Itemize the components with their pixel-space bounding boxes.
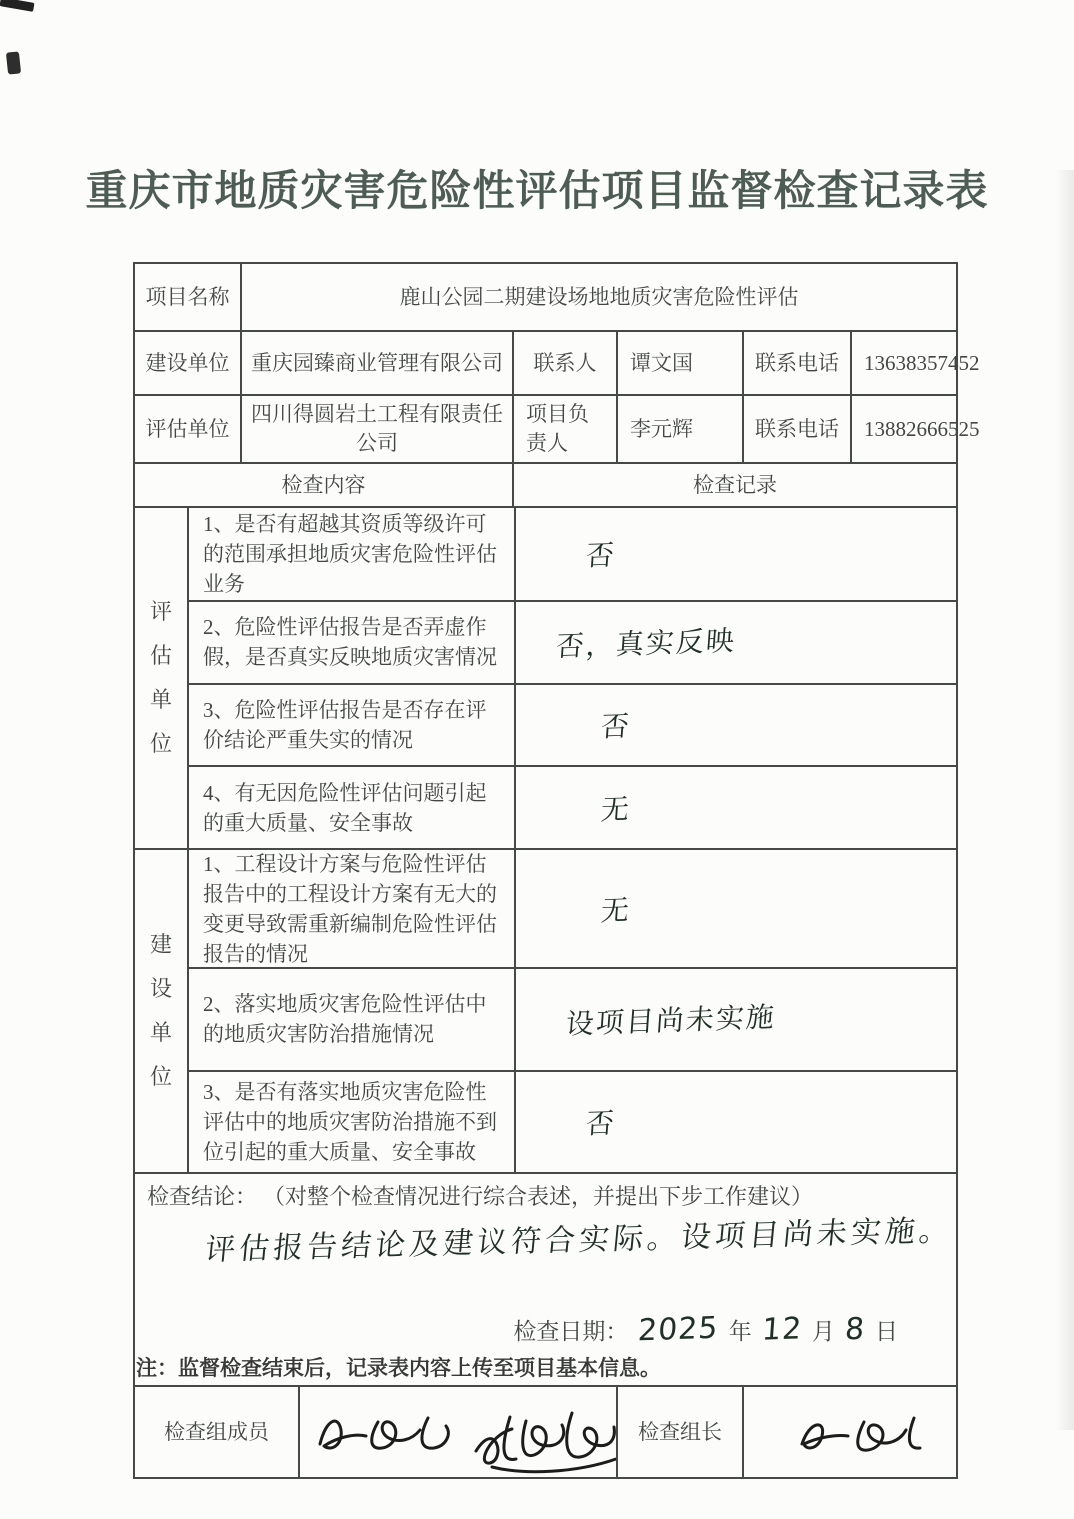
handwritten-month: 12 [761, 1314, 803, 1345]
answer-cell: 否 [514, 1072, 956, 1173]
inspection-date-line: 检查日期： 2025 年 12 月 8 日 [513, 1315, 898, 1347]
member-signature-2-icon [464, 1401, 624, 1473]
question-text: 3、危险性评估报告是否存在评价结论严重失实的情况 [189, 685, 514, 766]
question-text: 3、是否有落实地质灾害危险性评估中的地质灾害防治措施不到位引起的重大质量、安全事… [189, 1072, 514, 1173]
answer-cell: 无 [514, 850, 956, 967]
signature-row: 检查组成员 检查组长 [135, 1387, 956, 1477]
assessment-item-1: 1、是否有超越其资质等级许可的范围承担地质灾害危险性评估业务 否 [189, 508, 956, 602]
manager-label: 项目负责人 [512, 396, 616, 462]
question-text: 2、危险性评估报告是否弄虚作假，是否真实反映地质灾害情况 [189, 602, 514, 683]
construction-item-3: 3、是否有落实地质灾害危险性评估中的地质灾害防治措施不到位引起的重大质量、安全事… [189, 1072, 956, 1173]
assessment-item-4: 4、有无因危险性评估问题引起的重大质量、安全事故 无 [189, 767, 956, 848]
scan-artifact [6, 51, 21, 74]
assessment-group-label: 评估单位 [135, 508, 187, 848]
handwritten-answer: 无 [600, 888, 633, 929]
answer-cell: 否 [514, 508, 956, 600]
day-suffix: 日 [875, 1317, 898, 1347]
project-name-row: 项目名称 鹿山公园二期建设场地地质灾害危险性评估 [135, 264, 956, 332]
construction-item-2: 2、落实地质灾害危险性评估中的地质灾害防治措施情况 设项目尚未实施 [189, 969, 956, 1072]
handwritten-conclusion: 评估报告结论及建议符合实际。设项目尚未实施。 [204, 1216, 955, 1266]
handwritten-answer: 无 [600, 787, 633, 828]
construction-checklist-group: 建设单位 1、工程设计方案与危险性评估报告中的工程设计方案有无大的变更导致需重新… [135, 850, 956, 1174]
handwritten-answer: 设项目尚未实施 [565, 996, 778, 1043]
checklist-header-row: 检查内容 检查记录 [135, 464, 956, 508]
contact-name: 谭文国 [616, 332, 742, 394]
question-text: 1、工程设计方案与危险性评估报告中的工程设计方案有无大的变更导致需重新编制危险性… [189, 850, 514, 967]
handwritten-year: 2025 [637, 1314, 719, 1347]
record-header: 检查记录 [512, 464, 956, 506]
project-name-value: 鹿山公园二期建设场地地质灾害危险性评估 [240, 264, 956, 330]
handwritten-answer: 否 [600, 704, 633, 745]
manager-name: 李元辉 [616, 396, 742, 462]
assessment-unit-label: 评估单位 [135, 396, 240, 462]
assessment-checklist-group: 评估单位 1、是否有超越其资质等级许可的范围承担地质灾害危险性评估业务 否 2、… [135, 508, 956, 850]
members-label: 检查组成员 [135, 1387, 298, 1477]
phone-label-1: 联系电话 [742, 332, 850, 394]
content-header: 检查内容 [135, 464, 512, 506]
construction-item-1: 1、工程设计方案与危险性评估报告中的工程设计方案有无大的变更导致需重新编制危险性… [189, 850, 956, 969]
phone-label-2: 联系电话 [742, 396, 850, 462]
handwritten-answer: 否 [585, 533, 618, 574]
contact-label: 联系人 [512, 332, 616, 394]
assessment-item-3: 3、危险性评估报告是否存在评价结论严重失实的情况 否 [189, 685, 956, 768]
question-text: 2、落实地质灾害危险性评估中的地质灾害防治措施情况 [189, 969, 514, 1070]
question-text: 4、有无因危险性评估问题引起的重大质量、安全事故 [189, 767, 514, 848]
leader-label: 检查组长 [616, 1387, 742, 1477]
date-label: 检查日期： [513, 1317, 628, 1347]
inspection-record-table: 项目名称 鹿山公园二期建设场地地质灾害危险性评估 建设单位 重庆园臻商业管理有限… [133, 262, 958, 1479]
handwritten-answer: 否，真实反映 [555, 619, 738, 665]
conclusion-label: 检查结论： [147, 1182, 257, 1212]
construction-unit-value: 重庆园臻商业管理有限公司 [240, 332, 512, 394]
members-signature-cell [298, 1387, 616, 1477]
construction-unit-row: 建设单位 重庆园臻商业管理有限公司 联系人 谭文国 联系电话 136383574… [135, 332, 956, 396]
assessment-unit-row: 评估单位 四川得圆岩土工程有限责任公司 项目负责人 李元辉 联系电话 13882… [135, 396, 956, 464]
answer-cell: 设项目尚未实施 [514, 969, 956, 1070]
assessment-unit-value: 四川得圆岩土工程有限责任公司 [240, 396, 512, 462]
scan-artifact [0, 0, 35, 12]
form-title: 重庆市地质灾害危险性评估项目监督检查记录表 [0, 158, 1074, 218]
answer-cell: 否，真实反映 [514, 602, 956, 683]
construction-group-label: 建设单位 [135, 850, 187, 1172]
member-signature-1-icon [308, 1402, 458, 1462]
assessment-item-2: 2、危险性评估报告是否弄虚作假，是否真实反映地质灾害情况 否，真实反映 [189, 602, 956, 685]
answer-cell: 否 [514, 685, 956, 766]
question-text: 1、是否有超越其资质等级许可的范围承担地质灾害危险性评估业务 [189, 508, 514, 600]
construction-unit-label: 建设单位 [135, 332, 240, 394]
scanned-form-page: · · 重庆市地质灾害危险性评估项目监督检查记录表 项目名称 鹿山公园二期建设场… [0, 0, 1074, 1519]
month-suffix: 月 [812, 1317, 835, 1347]
project-name-label: 项目名称 [135, 264, 240, 330]
manager-phone: 13882666525 [850, 396, 988, 462]
year-suffix: 年 [729, 1317, 752, 1347]
contact-phone: 13638357452 [850, 332, 988, 394]
handwritten-answer: 否 [585, 1101, 618, 1142]
leader-signature-cell [742, 1387, 956, 1477]
leader-signature-icon [792, 1404, 932, 1460]
answer-cell: 无 [514, 767, 956, 848]
footer-note: 注：监督检查结束后，记录表内容上传至项目基本信息。 [136, 1352, 661, 1382]
conclusion-hint: （对整个检查情况进行综合表述，并提出下步工作建议） [263, 1182, 813, 1212]
handwritten-day: 8 [844, 1315, 866, 1346]
scan-streak [1056, 170, 1074, 1430]
